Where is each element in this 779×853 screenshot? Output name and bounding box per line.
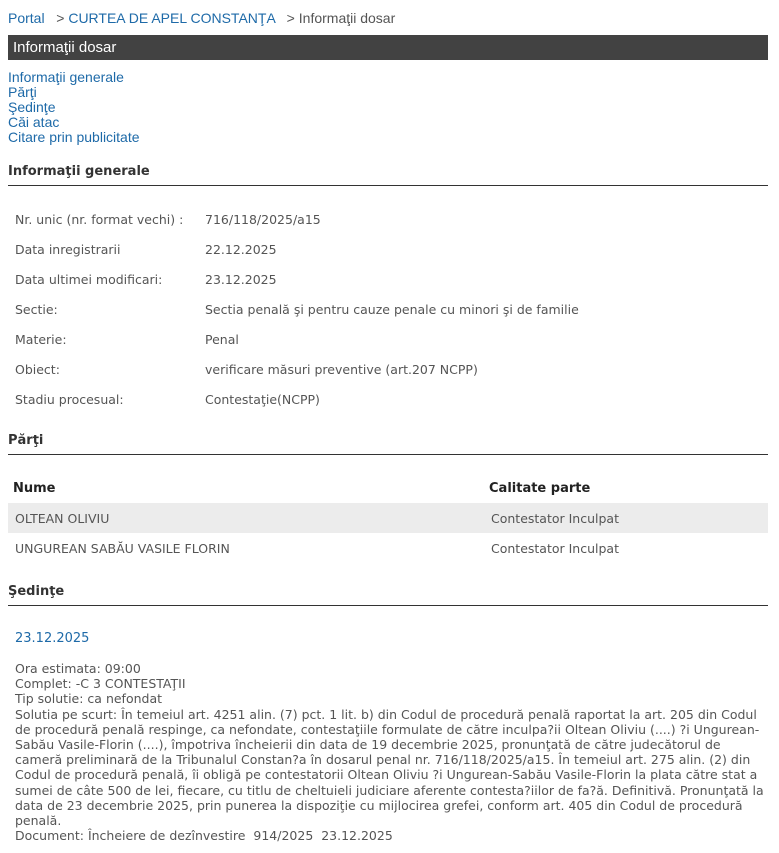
toc-link-citare-publicitate[interactable]: Citare prin publicitate: [8, 130, 140, 145]
hearing-solution-type: Tip solutie: ca nefondat: [15, 691, 770, 706]
info-label: Data inregistrarii: [15, 242, 205, 257]
info-row-materie: Materie:Penal: [15, 332, 239, 347]
table-of-contents: Informaţii generale Părţi Şedinţe Căi at…: [8, 70, 140, 145]
info-value: Penal: [205, 332, 239, 347]
info-label: Nr. unic (nr. format vechi) :: [15, 212, 205, 227]
party-role: Contestator Inculpat: [484, 503, 768, 533]
table-row: OLTEAN OLIVIU Contestator Inculpat: [8, 503, 768, 533]
breadcrumb-court-link[interactable]: CURTEA DE APEL CONSTANŢA: [68, 10, 275, 26]
column-header-calitate: Calitate parte: [484, 473, 768, 503]
section-heading-general: Informaţii generale: [8, 164, 768, 186]
toc-link-sedinte[interactable]: Şedinţe: [8, 100, 140, 115]
breadcrumb-current: Informaţii dosar: [299, 10, 395, 26]
table-row: UNGUREAN SABĂU VASILE FLORIN Contestator…: [8, 533, 768, 563]
breadcrumb-portal-link[interactable]: Portal: [8, 10, 45, 26]
hearing-document: Document: Încheiere de dezînvestire 914/…: [15, 828, 770, 843]
info-row-obiect: Obiect:verificare măsuri preventive (art…: [15, 362, 478, 377]
info-value: Contestaţie(NCPP): [205, 392, 320, 407]
info-row-data-inregistrarii: Data inregistrarii22.12.2025: [15, 242, 277, 257]
table-header-row: Nume Calitate parte: [8, 473, 768, 503]
column-header-nume: Nume: [8, 473, 484, 503]
party-name: UNGUREAN SABĂU VASILE FLORIN: [8, 533, 484, 563]
info-label: Obiect:: [15, 362, 205, 377]
hearing-date: 23.12.2025: [15, 631, 89, 646]
info-value: Sectia penală şi pentru cauze penale cu …: [205, 302, 579, 317]
info-row-stadiu: Stadiu procesual:Contestaţie(NCPP): [15, 392, 320, 407]
info-value: verificare măsuri preventive (art.207 NC…: [205, 362, 478, 377]
hearing-panel: Complet: -C 3 CONTESTAŢII: [15, 676, 770, 691]
info-value: 22.12.2025: [205, 242, 277, 257]
party-role: Contestator Inculpat: [484, 533, 768, 563]
info-row-data-modificari: Data ultimei modificari:23.12.2025: [15, 272, 277, 287]
breadcrumb-separator: >: [279, 10, 299, 26]
hearing-solution-summary: Solutia pe scurt: În temeiul art. 4251 a…: [15, 707, 770, 829]
info-value: 23.12.2025: [205, 272, 277, 287]
parties-table: Nume Calitate parte OLTEAN OLIVIU Contes…: [8, 473, 768, 563]
hearing-time: Ora estimata: 09:00: [15, 661, 770, 676]
info-label: Sectie:: [15, 302, 205, 317]
breadcrumb: Portal > CURTEA DE APEL CONSTANŢA > Info…: [8, 10, 395, 26]
info-label: Stadiu procesual:: [15, 392, 205, 407]
party-name: OLTEAN OLIVIU: [8, 503, 484, 533]
hearing-details: Ora estimata: 09:00 Complet: -C 3 CONTES…: [15, 661, 770, 843]
section-heading-parti: Părţi: [8, 433, 768, 455]
info-row-nr-unic: Nr. unic (nr. format vechi) :716/118/202…: [15, 212, 321, 227]
section-heading-sedinte: Şedinţe: [8, 584, 768, 606]
toc-link-informatii-generale[interactable]: Informaţii generale: [8, 70, 140, 85]
toc-link-cai-atac[interactable]: Căi atac: [8, 115, 140, 130]
info-value: 716/118/2025/a15: [205, 212, 321, 227]
breadcrumb-separator: >: [48, 10, 68, 26]
info-label: Materie:: [15, 332, 205, 347]
toc-link-parti[interactable]: Părţi: [8, 85, 140, 100]
info-row-sectie: Sectie:Sectia penală şi pentru cauze pen…: [15, 302, 579, 317]
page-title: Informaţii dosar: [8, 35, 768, 60]
info-label: Data ultimei modificari:: [15, 272, 205, 287]
